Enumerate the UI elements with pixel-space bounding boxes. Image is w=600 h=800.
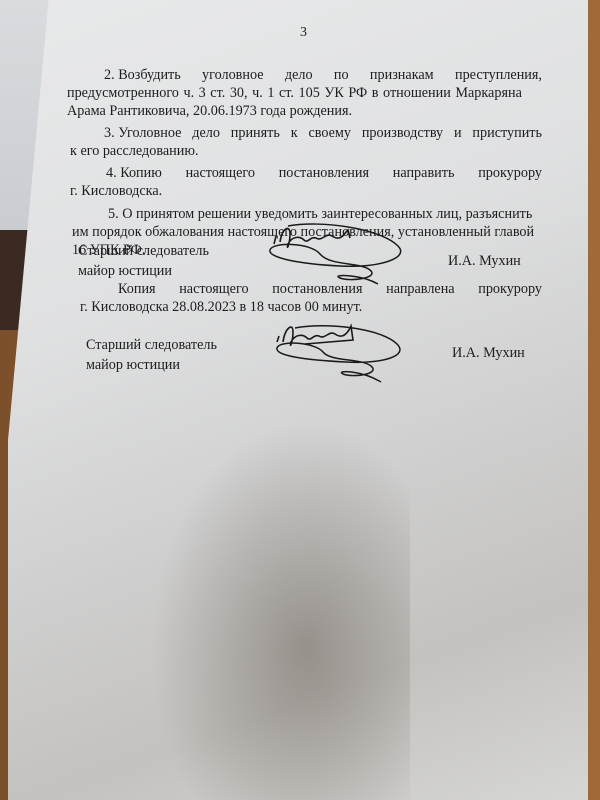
- word: приступить: [472, 124, 542, 142]
- word: принять: [231, 124, 280, 142]
- paragraph-3-line-2: к его расследованию.: [70, 142, 198, 160]
- page-number: 3: [300, 24, 307, 42]
- word: настоящего: [179, 280, 248, 298]
- hand-shadow: [150, 420, 410, 800]
- paragraph-2-line-3: Арама Рантиковича, 20.06.1973 года рожде…: [67, 102, 352, 120]
- word: 2. Возбудить: [104, 66, 181, 84]
- handwritten-signature-2: [265, 318, 425, 388]
- paragraph-2-line-1: 2. Возбудить уголовное дело по признакам…: [104, 66, 542, 84]
- word: к: [291, 124, 298, 142]
- word: и: [454, 124, 462, 142]
- signature-1-title-line-1: Старший следователь: [78, 242, 209, 260]
- word: 3. Уголовное: [104, 124, 181, 142]
- word: по: [334, 66, 349, 84]
- paragraph-5-line-1: 5. О принятом решении уведомить заинтере…: [108, 205, 532, 223]
- signature-1-name: И.А. Мухин: [448, 252, 521, 270]
- word: дело: [192, 124, 220, 142]
- paragraph-3-line-1: 3. Уголовное дело принять к своему произ…: [104, 124, 542, 142]
- word: направить: [393, 164, 455, 182]
- signature-2-title-line-1: Старший следователь: [86, 336, 217, 354]
- word: преступления,: [455, 66, 542, 84]
- signature-2-title-line-2: майор юстиции: [86, 356, 180, 374]
- word: своему: [308, 124, 351, 142]
- paragraph-4-line-1: 4. Копию настоящего постановления направ…: [106, 164, 542, 182]
- word: Копия: [118, 280, 156, 298]
- handwritten-signature-1: [260, 222, 420, 292]
- word: 4. Копию: [106, 164, 162, 182]
- paragraph-2-line-2: предусмотренного ч. 3 ст. 30, ч. 1 ст. 1…: [67, 84, 522, 102]
- word: постановления: [279, 164, 369, 182]
- copy-note-line-2: г. Кисловодска 28.08.2023 в 18 часов 00 …: [80, 298, 362, 316]
- paragraph-4-line-2: г. Кисловодска.: [70, 182, 162, 200]
- word: уголовное: [202, 66, 264, 84]
- signature-1-title-line-2: майор юстиции: [78, 262, 172, 280]
- word: прокурору: [478, 280, 542, 298]
- word: дело: [285, 66, 313, 84]
- signature-2-name: И.А. Мухин: [452, 344, 525, 362]
- word: прокурору: [478, 164, 542, 182]
- word: производству: [362, 124, 443, 142]
- word: настоящего: [186, 164, 255, 182]
- word: признакам: [370, 66, 434, 84]
